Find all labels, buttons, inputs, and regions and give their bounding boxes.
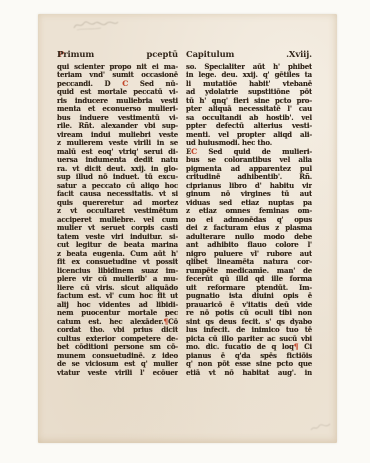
text-line: nigro puluere vl' rubore aut (186, 250, 312, 259)
text-line: sint qs deus fecit. s' qs dyabo (186, 318, 312, 327)
text-line: vtatur veste virili l' ecōuer (57, 369, 178, 378)
pencil-mark-bottom-right (308, 420, 334, 434)
text-line: facit causa necessitatis. vt si (57, 190, 178, 199)
text-line: mo. dic. fucatio de q loq¶ Ci (186, 343, 312, 352)
text-line: qui scienter propo nit ei ma- (57, 63, 178, 72)
book-page: Primum pceptū qui scienter propo nit ei … (38, 14, 337, 443)
text-line: catum est. hec alexāder.¶Cō (57, 318, 178, 327)
left-column: Primum pceptū qui scienter propo nit ei … (57, 49, 178, 377)
text-line: peccandi. D C Sed nū- (57, 80, 178, 89)
text-line: etiā vt nō habitat aug'. in (186, 369, 312, 378)
text-line: prauaricō ē v'itatis deū vide (186, 301, 312, 310)
running-header-left: Primum pceptū (57, 49, 178, 61)
text-line: ant adhibito flauo colore l' (186, 241, 312, 250)
text-line: ris inducere muliebria vesti (57, 97, 178, 106)
text-line: picta cū illo pariter ac sucū vbi (186, 335, 312, 344)
text-line: re nō potis cū oculi tibi non (186, 309, 312, 318)
text-line: dei z facturam eius z plasma (186, 224, 312, 233)
text-line: liere cū viris. sicut aliquādo (57, 284, 178, 293)
text-line: uersa indumenta dedit natu (57, 156, 178, 165)
text-line: lus infecit. de inimico tuo tē (186, 326, 312, 335)
text-line: z vt occultaret vestimētum (57, 207, 178, 216)
text-line: viduas sed etiaz nuptas pa (186, 199, 312, 208)
text-line: malū est eoq' vtriq' serui di- (57, 148, 178, 157)
header-title-capitulum: Capitulum (186, 49, 234, 59)
text-line: q' non pōt esse sine pcto que (186, 360, 312, 369)
text-line: rumpēte medicamīe. man' de (186, 267, 312, 276)
text-line: menta et econuerso mulieri- (57, 105, 178, 114)
text-line: factum est. vl' cum hoc fit ut (57, 292, 178, 301)
text-line: munem consuetudinē. z ideo (57, 352, 178, 361)
text-line: z beata eugenia. Cum aūt h' (57, 250, 178, 259)
scan-background: Primum pceptū qui scienter propo nit ei … (0, 0, 370, 463)
text-line: quis quereretur ad mortez (57, 199, 178, 208)
header-chapter-number: .Xviij. (286, 49, 312, 59)
text-line: satur a peccato cū aliqo hoc (57, 182, 178, 191)
text-line: teriam vnd' sumit occasionē (57, 71, 178, 80)
text-line: pugnatio ista diuini opis ē (186, 292, 312, 301)
text-line: pigmenta ad apparentez pul (186, 165, 312, 174)
running-header-right: Capitulum .Xviij. (186, 49, 312, 61)
text-line: pter aliquā necessitatē l' cau (186, 105, 312, 114)
text-line: adulterare nullo modo debe (186, 233, 312, 242)
text-line: qlibet lineamēta natura cor- (186, 258, 312, 267)
text-line: ud huiusmodi. hec tho. (186, 139, 312, 148)
text-line: rile. Rñt. alexander vbi sup- (57, 122, 178, 131)
text-line: pianus ē q'da spēs fictiōis (186, 352, 312, 361)
text-line: cut legitur de beata marina (57, 241, 178, 250)
left-column-text: qui scienter propo nit ei ma-teriam vnd'… (57, 63, 178, 378)
text-line: cultus exterior competere de- (57, 335, 178, 344)
text-line: menti. vel propter aliqd ali- (186, 131, 312, 140)
text-line: bus se colorantibus vel alia (186, 156, 312, 165)
text-line: fecerūt qū illd qd ille forma (186, 275, 312, 284)
text-line: tū h' qnq' fieri sine pcto pro- (186, 97, 312, 106)
text-line: ad ydolatrie supstitiōne pōt (186, 88, 312, 97)
text-line: z mulierem veste virili in se (57, 139, 178, 148)
text-line: mulier vt seruet corpis casti (57, 224, 178, 233)
text-line: ppter defectū alterius vesti- (186, 122, 312, 131)
text-line: EC Sed quid de mulieri- (186, 148, 312, 157)
text-line: critudinē adhibentib'. Rñ. (186, 173, 312, 182)
text-line: plere vir cū mulierib' a mu- (57, 275, 178, 284)
text-line: licencius libidinem suaz im- (57, 267, 178, 276)
text-line: nem puocentur mortale pec (57, 309, 178, 318)
text-line: z etiaz omnes feminas om- (186, 207, 312, 216)
right-column-text: so. Specialiter aūt h' phibetin lege. de… (186, 63, 312, 378)
text-line: sa occultandi ab hostib'. vel (186, 114, 312, 123)
text-line: bet cōditioni persone sm cō- (57, 343, 178, 352)
text-line: ciprianus libro d' habitu vir (186, 182, 312, 191)
text-line: bus induere vestimentū vi- (57, 114, 178, 123)
text-line: acciperet muliebre. vel cum (57, 216, 178, 225)
text-line: tatem veste viri induitur. si- (57, 233, 178, 242)
header-title-primum: Primum (57, 49, 94, 59)
text-line: alij hoc videntes ad libidi- (57, 301, 178, 310)
header-label-preceptum: pceptū (147, 49, 179, 59)
pencil-inscription (71, 17, 121, 33)
text-line: so. Specialiter aūt h' phibet (186, 63, 312, 72)
text-line: fit ex consuetudine vt possit (57, 258, 178, 267)
text-line: de se viciosum est q' mulier (57, 360, 178, 369)
text-line: in lege. deu. xxij. q' gētiles ta (186, 71, 312, 80)
text-line: cordat tho. vbi prius dicit (57, 326, 178, 335)
text-line: li mutatiōe habit' vtebanē (186, 80, 312, 89)
text-line: ginum nō virgines tū aut (186, 190, 312, 199)
text-line: ra. vt dicit deut. xxij. in glo- (57, 165, 178, 174)
text-line: viream indui muliebri veste (57, 131, 178, 140)
text-line: uit reformare ptendūt. Im- (186, 284, 312, 293)
text-line: sup illud nō induet. tū excu- (57, 173, 178, 182)
text-line: no ei admonēdas q' opus (186, 216, 312, 225)
right-column: Capitulum .Xviij. so. Specialiter aūt h'… (186, 49, 312, 377)
text-line: quid est mortale peccatū vi- (57, 88, 178, 97)
